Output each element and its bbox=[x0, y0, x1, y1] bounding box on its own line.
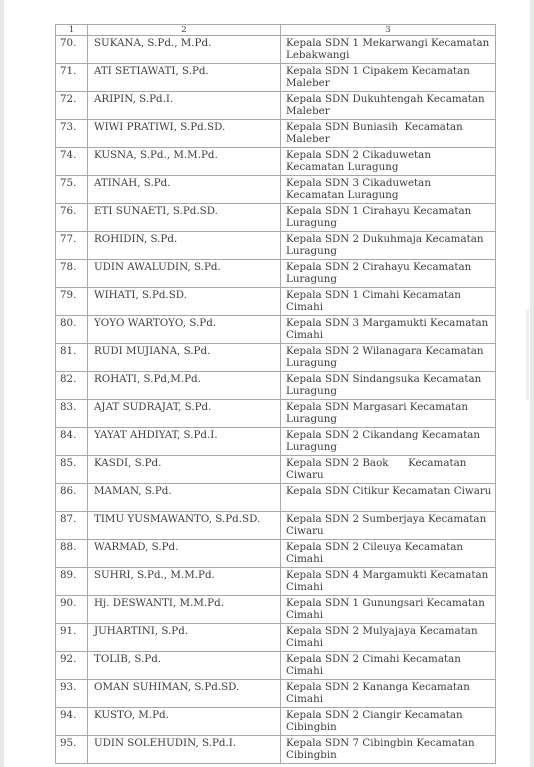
person-name: KASDI, S.Pd. bbox=[88, 456, 281, 484]
table-row: 92.TOLIB, S.Pd.Kepala SDN 2 Cimahi Kecam… bbox=[56, 652, 496, 680]
person-name: ATI SETIAWATI, S.Pd. bbox=[88, 64, 281, 92]
table-row: 78.UDIN AWALUDIN, S.Pd.Kepala SDN 2 Cira… bbox=[56, 260, 496, 288]
row-number: 85. bbox=[56, 456, 88, 484]
position-text: Kepala SDN 2 Cileuya Kecamatan Cimahi bbox=[281, 540, 496, 568]
position-text: Kepala SDN 2 Mulyajaya Kecamatan Cimahi bbox=[281, 624, 496, 652]
row-number: 73. bbox=[56, 120, 88, 148]
position-text: Kepala SDN 2 Cikandang Kecamatan Luragun… bbox=[281, 428, 496, 456]
position-text: Kepala SDN Buniasih Kecamatan Maleber bbox=[281, 120, 496, 148]
person-name: TOLIB, S.Pd. bbox=[88, 652, 281, 680]
table-row: 79.WIHATI, S.Pd.SD.Kepala SDN 1 Cimahi K… bbox=[56, 288, 496, 316]
row-number: 75. bbox=[56, 176, 88, 204]
person-name: ARIPIN, S.Pd.I. bbox=[88, 92, 281, 120]
row-number: 91. bbox=[56, 624, 88, 652]
row-number: 70. bbox=[56, 36, 88, 64]
person-name: JUHARTINI, S.Pd. bbox=[88, 624, 281, 652]
person-name: OMAN SUHIMAN, S.Pd.SD. bbox=[88, 680, 281, 708]
row-number: 94. bbox=[56, 708, 88, 736]
person-name: WIHATI, S.Pd.SD. bbox=[88, 288, 281, 316]
position-text: Kepala SDN 2 Baok Kecamatan Ciwaru bbox=[281, 456, 496, 484]
row-number: 74. bbox=[56, 148, 88, 176]
position-text: Kepala SDN 2 Sumberjaya Kecamatan Ciwaru bbox=[281, 512, 496, 540]
person-name: YAYAT AHDIYAT, S.Pd.I. bbox=[88, 428, 281, 456]
table-row: 70.SUKANA, S.Pd., M.Pd.Kepala SDN 1 Meka… bbox=[56, 36, 496, 64]
table-row: 82.ROHATI, S.Pd,M.Pd.Kepala SDN Sindangs… bbox=[56, 372, 496, 400]
row-number: 77. bbox=[56, 232, 88, 260]
person-name: ROHIDIN, S.Pd. bbox=[88, 232, 281, 260]
position-text: Kepala SDN 2 Ciangir Kecamatan Cibingbin bbox=[281, 708, 496, 736]
row-number: 72. bbox=[56, 92, 88, 120]
row-number: 88. bbox=[56, 540, 88, 568]
row-number: 95. bbox=[56, 736, 88, 764]
document-page: 1 2 3 70.SUKANA, S.Pd., M.Pd.Kepala SDN … bbox=[4, 0, 530, 767]
table-row: 91.JUHARTINI, S.Pd.Kepala SDN 2 Mulyajay… bbox=[56, 624, 496, 652]
position-text: Kepala SDN 3 Margamukti Kecamatan Cimahi bbox=[281, 316, 496, 344]
position-text: Kepala SDN 4 Margamukti Kecamatan Cimahi bbox=[281, 568, 496, 596]
table-row: 85.KASDI, S.Pd.Kepala SDN 2 Baok Kecamat… bbox=[56, 456, 496, 484]
row-number: 87. bbox=[56, 512, 88, 540]
principal-assignment-table: 1 2 3 70.SUKANA, S.Pd., M.Pd.Kepala SDN … bbox=[55, 24, 496, 764]
position-text: Kepala SDN 7 Cibingbin Kecamatan Cibingb… bbox=[281, 736, 496, 764]
column-header-2: 2 bbox=[88, 25, 281, 36]
table-row: 88.WARMAD, S.Pd.Kepala SDN 2 Cileuya Kec… bbox=[56, 540, 496, 568]
position-text: Kepala SDN 1 Mekarwangi Kecamatan Lebakw… bbox=[281, 36, 496, 64]
table-row: 72.ARIPIN, S.Pd.I.Kepala SDN Dukuhtengah… bbox=[56, 92, 496, 120]
column-header-3: 3 bbox=[281, 25, 496, 36]
person-name: UDIN AWALUDIN, S.Pd. bbox=[88, 260, 281, 288]
table-row: 76.ETI SUNAETI, S.Pd.SD.Kepala SDN 1 Cir… bbox=[56, 204, 496, 232]
row-number: 84. bbox=[56, 428, 88, 456]
row-number: 80. bbox=[56, 316, 88, 344]
position-text: Kepala SDN 2 Cimahi Kecamatan Cimahi bbox=[281, 652, 496, 680]
person-name: SUKANA, S.Pd., M.Pd. bbox=[88, 36, 281, 64]
table-row: 89.SUHRI, S.Pd., M.M.Pd.Kepala SDN 4 Mar… bbox=[56, 568, 496, 596]
position-text: Kepala SDN 1 Gunungsari Kecamatan Cimahi bbox=[281, 596, 496, 624]
person-name: MAMAN, S.Pd. bbox=[88, 484, 281, 512]
position-text: Kepala SDN Margasari Kecamatan Luragung bbox=[281, 400, 496, 428]
row-number: 76. bbox=[56, 204, 88, 232]
row-number: 86. bbox=[56, 484, 88, 512]
row-number: 90. bbox=[56, 596, 88, 624]
column-header-1: 1 bbox=[56, 25, 88, 36]
position-text: Kepala SDN 3 Cikaduwetan Kecamatan Lurag… bbox=[281, 176, 496, 204]
person-name: SUHRI, S.Pd., M.M.Pd. bbox=[88, 568, 281, 596]
position-text: Kepala SDN 1 Cimahi Kecamatan Cimahi bbox=[281, 288, 496, 316]
person-name: ETI SUNAETI, S.Pd.SD. bbox=[88, 204, 281, 232]
person-name: WIWI PRATIWI, S.Pd.SD. bbox=[88, 120, 281, 148]
row-number: 71. bbox=[56, 64, 88, 92]
person-name: KUSNA, S.Pd., M.M.Pd. bbox=[88, 148, 281, 176]
table-row: 71.ATI SETIAWATI, S.Pd.Kepala SDN 1 Cipa… bbox=[56, 64, 496, 92]
position-text: Kepala SDN 2 Wilanagara Kecamatan Luragu… bbox=[281, 344, 496, 372]
table-row: 81.RUDI MUJIANA, S.Pd.Kepala SDN 2 Wilan… bbox=[56, 344, 496, 372]
position-text: Kepala SDN 2 Cikaduwetan Kecamatan Lurag… bbox=[281, 148, 496, 176]
person-name: RUDI MUJIANA, S.Pd. bbox=[88, 344, 281, 372]
person-name: ATINAH, S.Pd. bbox=[88, 176, 281, 204]
person-name: KUSTO, M.Pd. bbox=[88, 708, 281, 736]
position-text: Kepala SDN 2 Dukuhmaja Kecamatan Luragun… bbox=[281, 232, 496, 260]
table-row: 83.AJAT SUDRAJAT, S.Pd.Kepala SDN Margas… bbox=[56, 400, 496, 428]
row-number: 78. bbox=[56, 260, 88, 288]
table-row: 95.UDIN SOLEHUDIN, S.Pd.I.Kepala SDN 7 C… bbox=[56, 736, 496, 764]
column-number-header-row: 1 2 3 bbox=[56, 25, 496, 36]
row-number: 82. bbox=[56, 372, 88, 400]
person-name: ROHATI, S.Pd,M.Pd. bbox=[88, 372, 281, 400]
person-name: UDIN SOLEHUDIN, S.Pd.I. bbox=[88, 736, 281, 764]
row-number: 79. bbox=[56, 288, 88, 316]
table-row: 94.KUSTO, M.Pd.Kepala SDN 2 Ciangir Keca… bbox=[56, 708, 496, 736]
row-number: 89. bbox=[56, 568, 88, 596]
person-name: YOYO WARTOYO, S.Pd. bbox=[88, 316, 281, 344]
table-row: 74.KUSNA, S.Pd., M.M.Pd.Kepala SDN 2 Cik… bbox=[56, 148, 496, 176]
table-row: 93.OMAN SUHIMAN, S.Pd.SD.Kepala SDN 2 Ka… bbox=[56, 680, 496, 708]
table-row: 75.ATINAH, S.Pd.Kepala SDN 3 Cikaduwetan… bbox=[56, 176, 496, 204]
page-edge-shadow bbox=[526, 310, 529, 400]
table-row: 87.TIMU YUSMAWANTO, S.Pd.SD.Kepala SDN 2… bbox=[56, 512, 496, 540]
position-text: Kepala SDN Sindangsuka Kecamatan Luragun… bbox=[281, 372, 496, 400]
table-row: 90.Hj. DESWANTI, M.M.Pd.Kepala SDN 1 Gun… bbox=[56, 596, 496, 624]
table-row: 77.ROHIDIN, S.Pd.Kepala SDN 2 Dukuhmaja … bbox=[56, 232, 496, 260]
position-text: Kepala SDN 1 Cipakem Kecamatan Maleber bbox=[281, 64, 496, 92]
person-name: TIMU YUSMAWANTO, S.Pd.SD. bbox=[88, 512, 281, 540]
position-text: Kepala SDN Citikur Kecamatan Ciwaru bbox=[281, 484, 496, 512]
table-body: 70.SUKANA, S.Pd., M.Pd.Kepala SDN 1 Meka… bbox=[56, 36, 496, 764]
table-row: 86.MAMAN, S.Pd.Kepala SDN Citikur Kecama… bbox=[56, 484, 496, 512]
person-name: Hj. DESWANTI, M.M.Pd. bbox=[88, 596, 281, 624]
person-name: WARMAD, S.Pd. bbox=[88, 540, 281, 568]
person-name: AJAT SUDRAJAT, S.Pd. bbox=[88, 400, 281, 428]
row-number: 93. bbox=[56, 680, 88, 708]
table-row: 73.WIWI PRATIWI, S.Pd.SD.Kepala SDN Buni… bbox=[56, 120, 496, 148]
row-number: 81. bbox=[56, 344, 88, 372]
position-text: Kepala SDN 1 Cirahayu Kecamatan Luragung bbox=[281, 204, 496, 232]
table-row: 84.YAYAT AHDIYAT, S.Pd.I.Kepala SDN 2 Ci… bbox=[56, 428, 496, 456]
position-text: Kepala SDN 2 Kananga Kecamatan Cimahi bbox=[281, 680, 496, 708]
table-row: 80.YOYO WARTOYO, S.Pd.Kepala SDN 3 Marga… bbox=[56, 316, 496, 344]
position-text: Kepala SDN 2 Cirahayu Kecamatan Luragung bbox=[281, 260, 496, 288]
row-number: 92. bbox=[56, 652, 88, 680]
row-number: 83. bbox=[56, 400, 88, 428]
position-text: Kepala SDN Dukuhtengah Kecamatan Maleber bbox=[281, 92, 496, 120]
